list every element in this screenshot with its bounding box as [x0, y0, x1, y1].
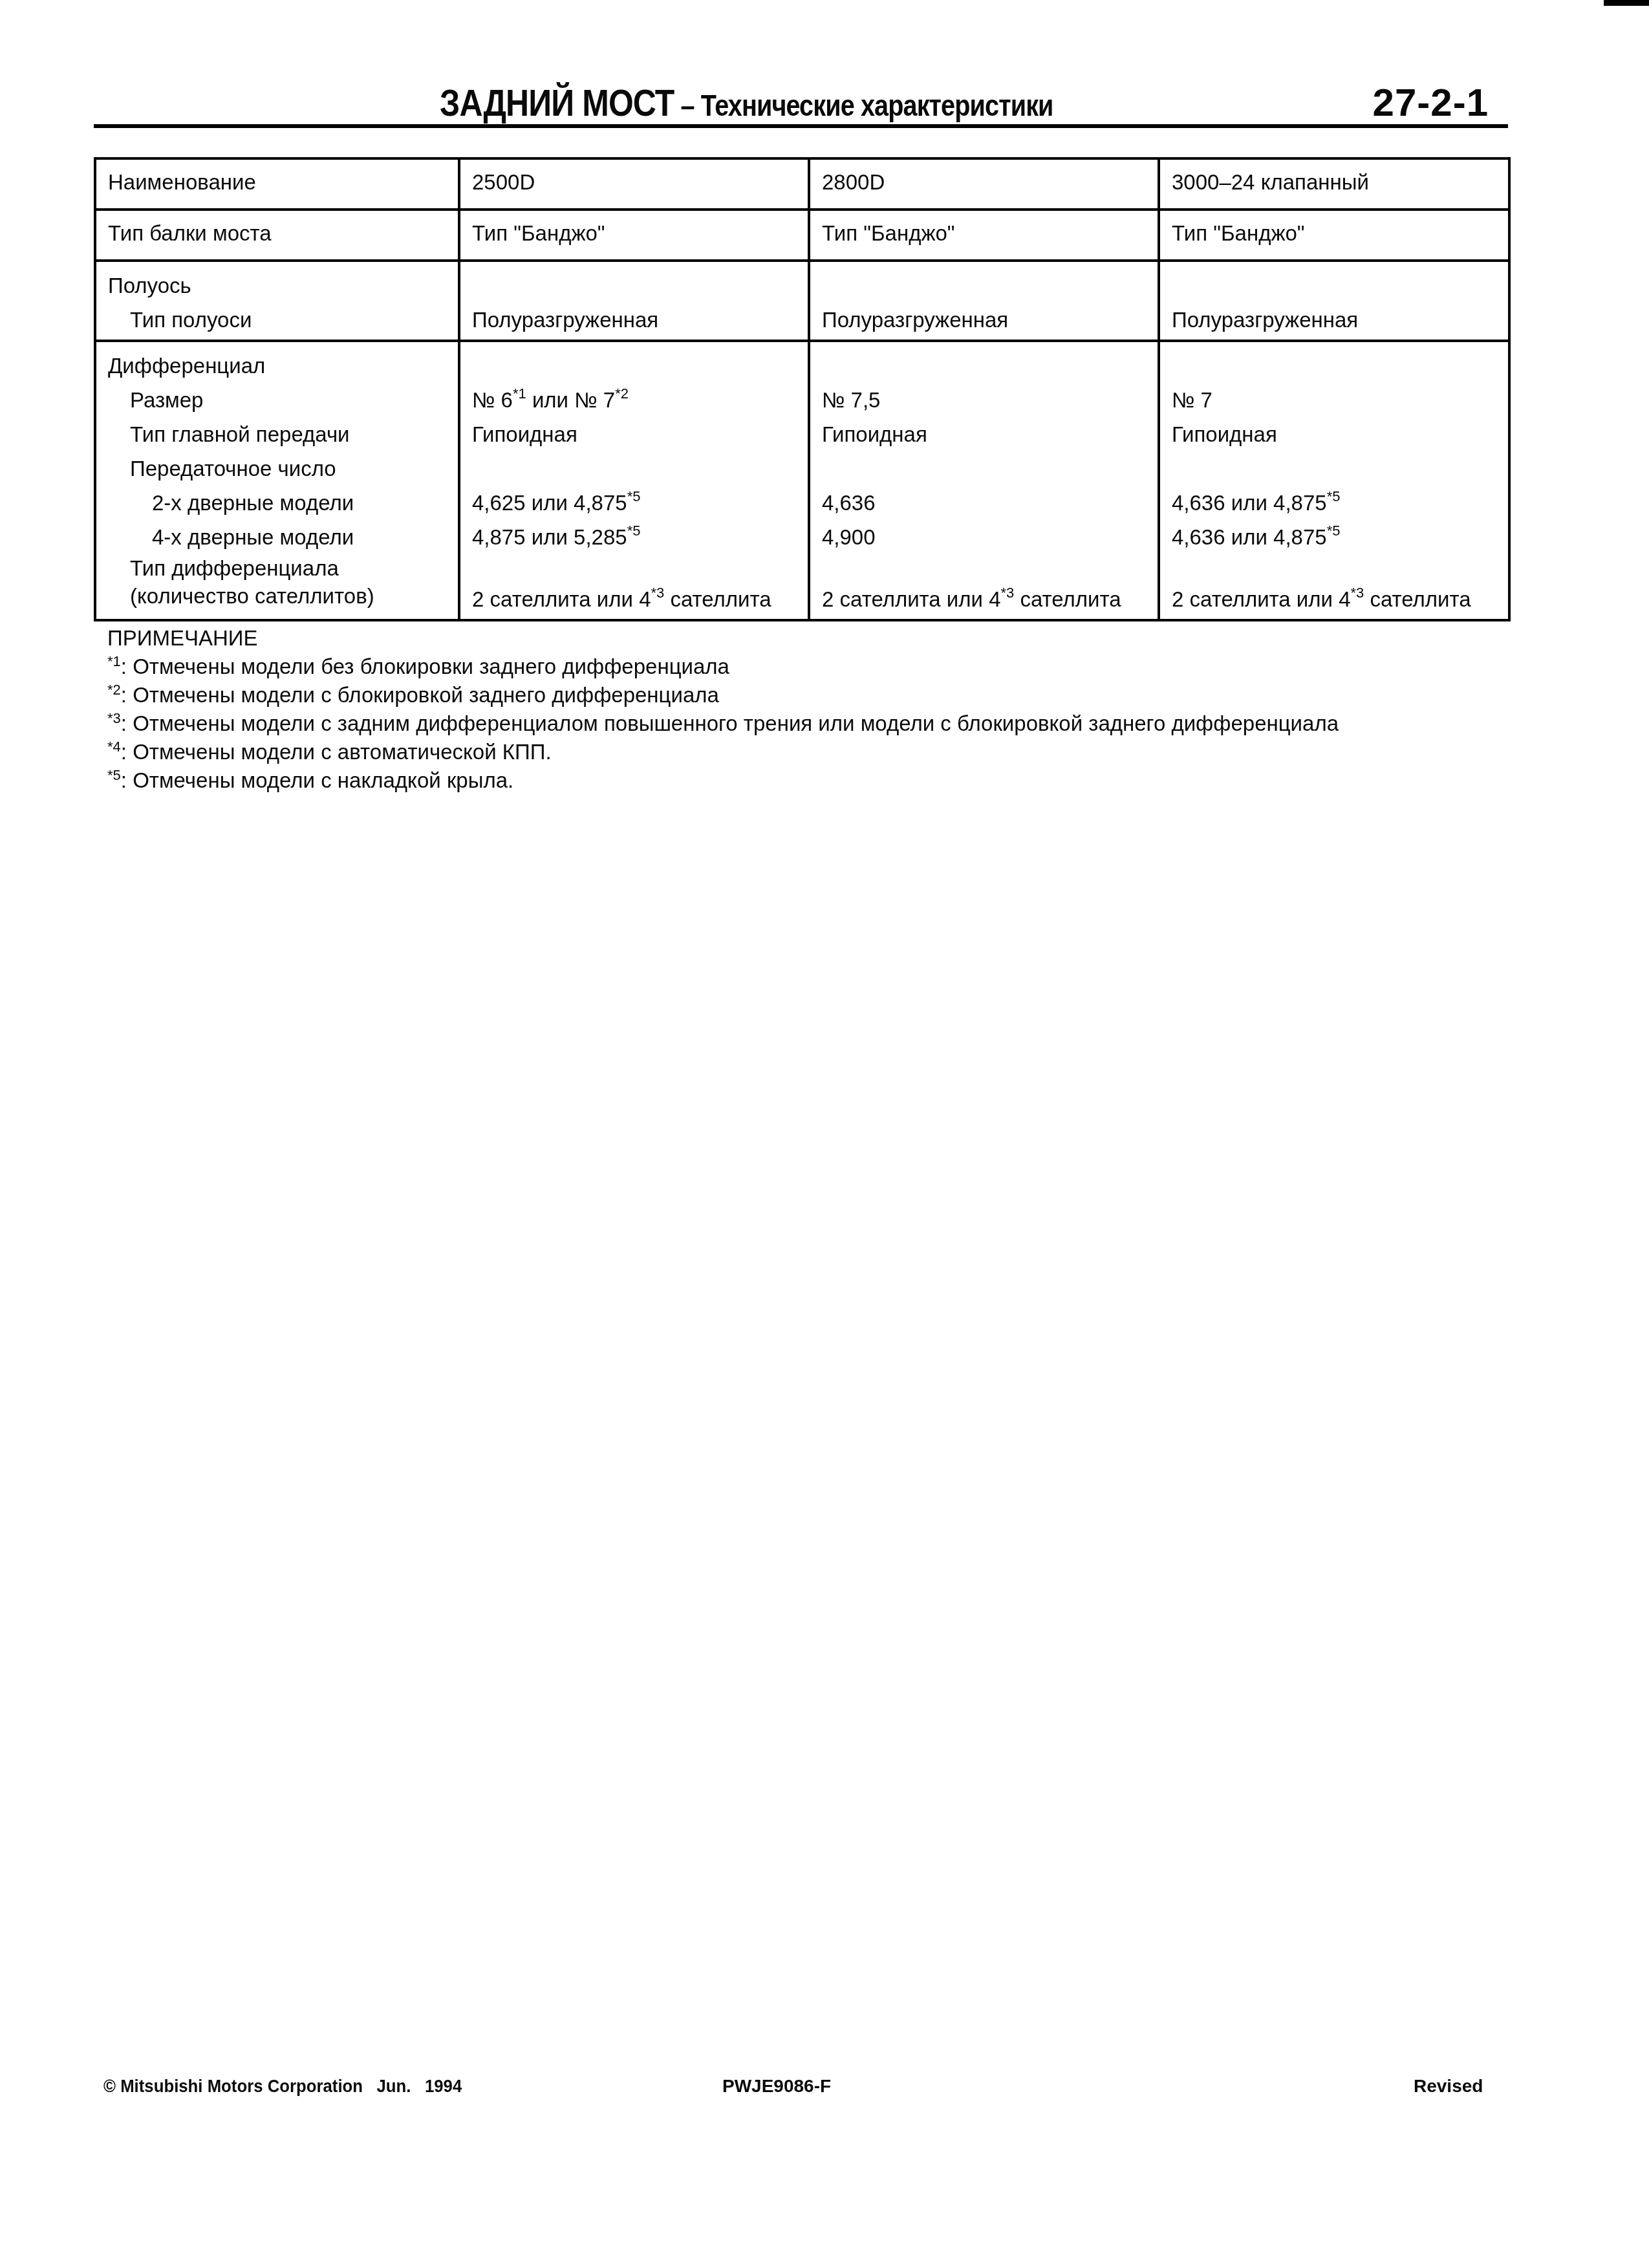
table-cell: Тип "Банджо"	[459, 210, 809, 261]
notes-title: ПРИМЕЧАНИЕ	[107, 624, 1339, 653]
row-label: 2-х дверные модели	[108, 486, 458, 520]
specifications-table: Наименование 2500D 2800D 3000–24 клапанн…	[94, 157, 1511, 621]
note-text: : Отмечены модели с автоматической КПП.	[121, 740, 552, 764]
table-cell: Полуразгруженная	[809, 261, 1159, 341]
spacer	[822, 349, 1158, 383]
table-row-beam-type: Тип балки моста Тип "Банджо" Тип "Банджо…	[95, 210, 1509, 261]
note-marker: *1	[107, 653, 121, 669]
row-label: 4-х дверные модели	[108, 520, 458, 554]
note-marker: *5	[107, 767, 121, 783]
page-footer: © Mitsubishi Motors Corporation Jun. 199…	[0, 2076, 1649, 2108]
spacer	[1172, 451, 1508, 486]
table-cell: № 6*1 или № 7*2Гипоидная4,625 или 4,875*…	[459, 341, 809, 620]
table-cell: Тип "Банджо"	[1159, 210, 1509, 261]
page-number: 27-2-1	[1373, 80, 1489, 125]
diff-type: 2 сателлита или 4*3 сателлита	[822, 582, 1158, 616]
table-cell: № 7,5Гипоидная4,6364,9002 сателлита или …	[809, 341, 1159, 620]
cell-value: Полуразгруженная	[472, 303, 808, 337]
title-separator: –	[674, 89, 700, 122]
title-main: ЗАДНИЙ МОСТ	[440, 82, 674, 124]
table-row-differential: Дифференциал Размер Тип главной передачи…	[95, 341, 1509, 620]
ratio-2-door: 4,636	[822, 486, 1158, 520]
note-item: *4: Отмечены модели с автоматической КПП…	[107, 738, 1339, 766]
ratio-2-door: 4,625 или 4,875*5	[472, 486, 808, 520]
notes-list: *1: Отмечены модели без блокировки задне…	[107, 653, 1339, 795]
ratio-4-door: 4,875 или 5,285*5	[472, 520, 808, 554]
scan-corner-mark	[1604, 0, 1649, 6]
header-rule	[94, 124, 1508, 128]
note-marker: *4	[107, 739, 121, 755]
cell-value: Полуразгруженная	[822, 303, 1158, 337]
note-item: *1: Отмечены модели без блокировки задне…	[107, 653, 1339, 681]
diff-size: № 7	[1172, 383, 1508, 417]
table-cell: Полуразгруженная	[1159, 261, 1509, 341]
diff-gear-type: Гипоидная	[1172, 417, 1508, 451]
row-label: Тип полуоси	[108, 303, 458, 337]
ratio-4-door: 4,900	[822, 520, 1158, 554]
spacer	[822, 554, 1158, 576]
table-cell: 2800D	[809, 158, 1159, 210]
row-label: Тип главной передачи	[108, 417, 458, 451]
ratio-4-door: 4,636 или 4,875*5	[1172, 520, 1508, 554]
notes-section: ПРИМЕЧАНИЕ *1: Отмечены модели без блоки…	[107, 624, 1339, 795]
note-item: *3: Отмечены модели с задним дифференциа…	[107, 709, 1339, 738]
spacer	[822, 451, 1158, 486]
diff-size: № 7,5	[822, 383, 1158, 417]
row-label: Тип дифференциала	[108, 554, 458, 582]
table-cell: 2500D	[459, 158, 809, 210]
table-cell: Полуось Тип полуоси	[95, 261, 459, 341]
spacer	[1172, 349, 1508, 383]
table-row-name: Наименование 2500D 2800D 3000–24 клапанн…	[95, 158, 1509, 210]
row-label: Передаточное число	[108, 451, 458, 486]
row-label: Размер	[108, 383, 458, 417]
footer-doc-code: PWJE9086-F	[722, 2076, 831, 2097]
footer-copyright: © Mitsubishi Motors Corporation Jun. 199…	[103, 2076, 462, 2097]
table-cell: 3000–24 клапанный	[1159, 158, 1509, 210]
note-text: : Отмечены модели с блокировкой заднего …	[121, 683, 719, 707]
diff-gear-type: Гипоидная	[472, 417, 808, 451]
note-text: : Отмечены модели с задним дифференциало…	[121, 711, 1339, 735]
note-marker: *3	[107, 710, 121, 726]
table-cell: Тип "Банджо"	[809, 210, 1159, 261]
note-item: *2: Отмечены модели с блокировкой заднег…	[107, 681, 1339, 709]
spacer	[1172, 554, 1508, 576]
footer-status: Revised	[1414, 2076, 1483, 2097]
table-cell: № 7Гипоидная4,636 или 4,875*54,636 или 4…	[1159, 341, 1509, 620]
cell-value: Полуразгруженная	[1172, 303, 1508, 337]
spacer	[472, 451, 808, 486]
row-group-label: Дифференциал	[108, 349, 458, 383]
table-cell: Тип балки моста	[95, 210, 459, 261]
note-item: *5: Отмечены модели с накладкой крыла.	[107, 766, 1339, 795]
page-title: ЗАДНИЙ МОСТ – Технические характеристики	[440, 81, 1053, 125]
table-cell: Дифференциал Размер Тип главной передачи…	[95, 341, 459, 620]
note-text: : Отмечены модели с накладкой крыла.	[121, 768, 513, 792]
ratio-2-door: 4,636 или 4,875*5	[1172, 486, 1508, 520]
diff-type: 2 сателлита или 4*3 сателлита	[472, 582, 808, 616]
diff-type: 2 сателлита или 4*3 сателлита	[1172, 582, 1508, 616]
table-cell: Полуразгруженная	[459, 261, 809, 341]
row-label: (количество сателлитов)	[108, 582, 458, 610]
page-header: ЗАДНИЙ МОСТ – Технические характеристики…	[94, 71, 1508, 128]
note-text: : Отмечены модели без блокировки заднего…	[121, 654, 729, 678]
spacer	[472, 554, 808, 576]
note-marker: *2	[107, 682, 121, 698]
spacer	[472, 349, 808, 383]
diff-size: № 6*1 или № 7*2	[472, 383, 808, 417]
table-cell: Наименование	[95, 158, 459, 210]
row-group-label: Полуось	[108, 268, 458, 303]
title-sub: Технические характеристики	[701, 89, 1053, 122]
diff-gear-type: Гипоидная	[822, 417, 1158, 451]
table-row-axle: Полуось Тип полуоси Полуразгруженная Пол…	[95, 261, 1509, 341]
